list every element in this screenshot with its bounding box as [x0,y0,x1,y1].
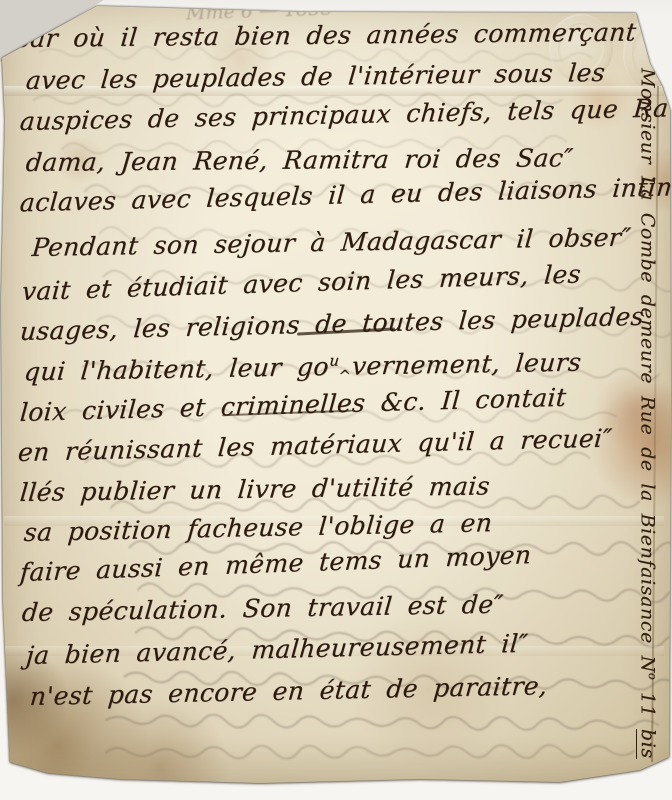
letter-paper: Mme 6 — 1838 car où il resta bien des an… [0,0,672,800]
paper-wrap: Mme 6 — 1838 car où il resta bien des an… [0,0,672,800]
scanned-letter-page: Mme 6 — 1838 car où il resta bien des an… [0,0,672,800]
margin-address-note: Monsieur La Combe demeure Rue de la Bien… [636,68,660,768]
letter-line: dama, Jean René, Ramitra roi des Sac″ [25,143,575,177]
